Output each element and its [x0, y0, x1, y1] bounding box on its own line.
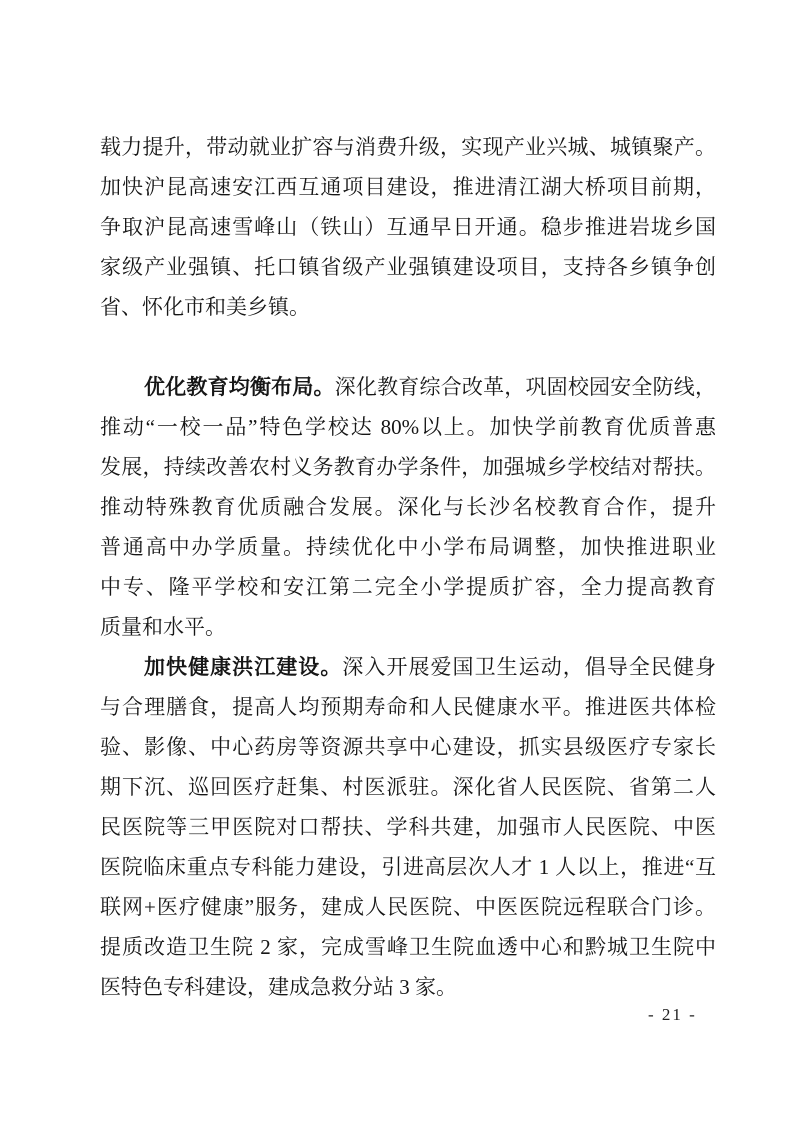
text-line: 期下沉、巡回医疗赶集、村医派驻。深化省人民医院、省第二人: [100, 767, 716, 807]
page-number: - 21 -: [648, 1003, 697, 1027]
text-line: 载力提升，带动就业扩容与消费升级，实现产业兴城、城镇聚产。: [100, 127, 716, 167]
text-line: 医特色专科建设，建成急救分站 3 家。: [100, 967, 716, 1007]
text-line: 发展，持续改善农村义务教育办学条件，加强城乡学校结对帮扶。: [100, 447, 716, 487]
text-line: 验、影像、中心药房等资源共享中心建设，抓实县级医疗专家长: [100, 727, 716, 767]
text-line: 争取沪昆高速雪峰山（铁山）互通早日开通。稳步推进岩垅乡国: [100, 207, 716, 247]
text-line: 普通高中办学质量。持续优化中小学布局调整，加快推进职业: [100, 527, 716, 567]
text-line: 与合理膳食，提高人均预期寿命和人民健康水平。推进医共体检: [100, 687, 716, 727]
text-line: 优化教育均衡布局。深化教育综合改革，巩固校园安全防线，: [100, 367, 716, 407]
text-line: 提质改造卫生院 2 家，完成雪峰卫生院血透中心和黔城卫生院中: [100, 927, 716, 967]
text-line: 推动“一校一品”特色学校达 80%以上。加快学前教育优质普惠: [100, 407, 716, 447]
document-page: 载力提升，带动就业扩容与消费升级，实现产业兴城、城镇聚产。 加快沪昆高速安江西互…: [0, 0, 793, 1122]
text-line: 民医院等三甲医院对口帮扶、学科共建，加强市人民医院、中医: [100, 807, 716, 847]
text-line: 家级产业强镇、托口镇省级产业强镇建设项目，支持各乡镇争创: [100, 247, 716, 287]
text-line: 加快健康洪江建设。深入开展爱国卫生运动，倡导全民健身: [100, 647, 716, 687]
text-run: 深入开展爱国卫生运动，倡导全民健身: [342, 655, 716, 679]
text-line: 省、怀化市和美乡镇。: [100, 287, 716, 327]
text-line: 推动特殊教育优质融合发展。深化与长沙名校教育合作，提升: [100, 487, 716, 527]
section-heading: [100, 327, 716, 367]
paragraph-lead: 优化教育均衡布局。: [144, 375, 335, 399]
text-run: 深化教育综合改革，巩固校园安全防线，: [335, 375, 716, 399]
text-line: 联网+医疗健康”服务，建成人民医院、中医医院远程联合门诊。: [100, 887, 716, 927]
text-line: 质量和水平。: [100, 607, 716, 647]
text-line: 加快沪昆高速安江西互通项目建设，推进清江湖大桥项目前期，: [100, 167, 716, 207]
text-line: 中专、隆平学校和安江第二完全小学提质扩容，全力提高教育: [100, 567, 716, 607]
paragraph-lead: 加快健康洪江建设。: [144, 655, 342, 679]
text-line: 医院临床重点专科能力建设，引进高层次人才 1 人以上，推进“互: [100, 847, 716, 887]
document-body: 载力提升，带动就业扩容与消费升级，实现产业兴城、城镇聚产。 加快沪昆高速安江西互…: [100, 127, 716, 1007]
